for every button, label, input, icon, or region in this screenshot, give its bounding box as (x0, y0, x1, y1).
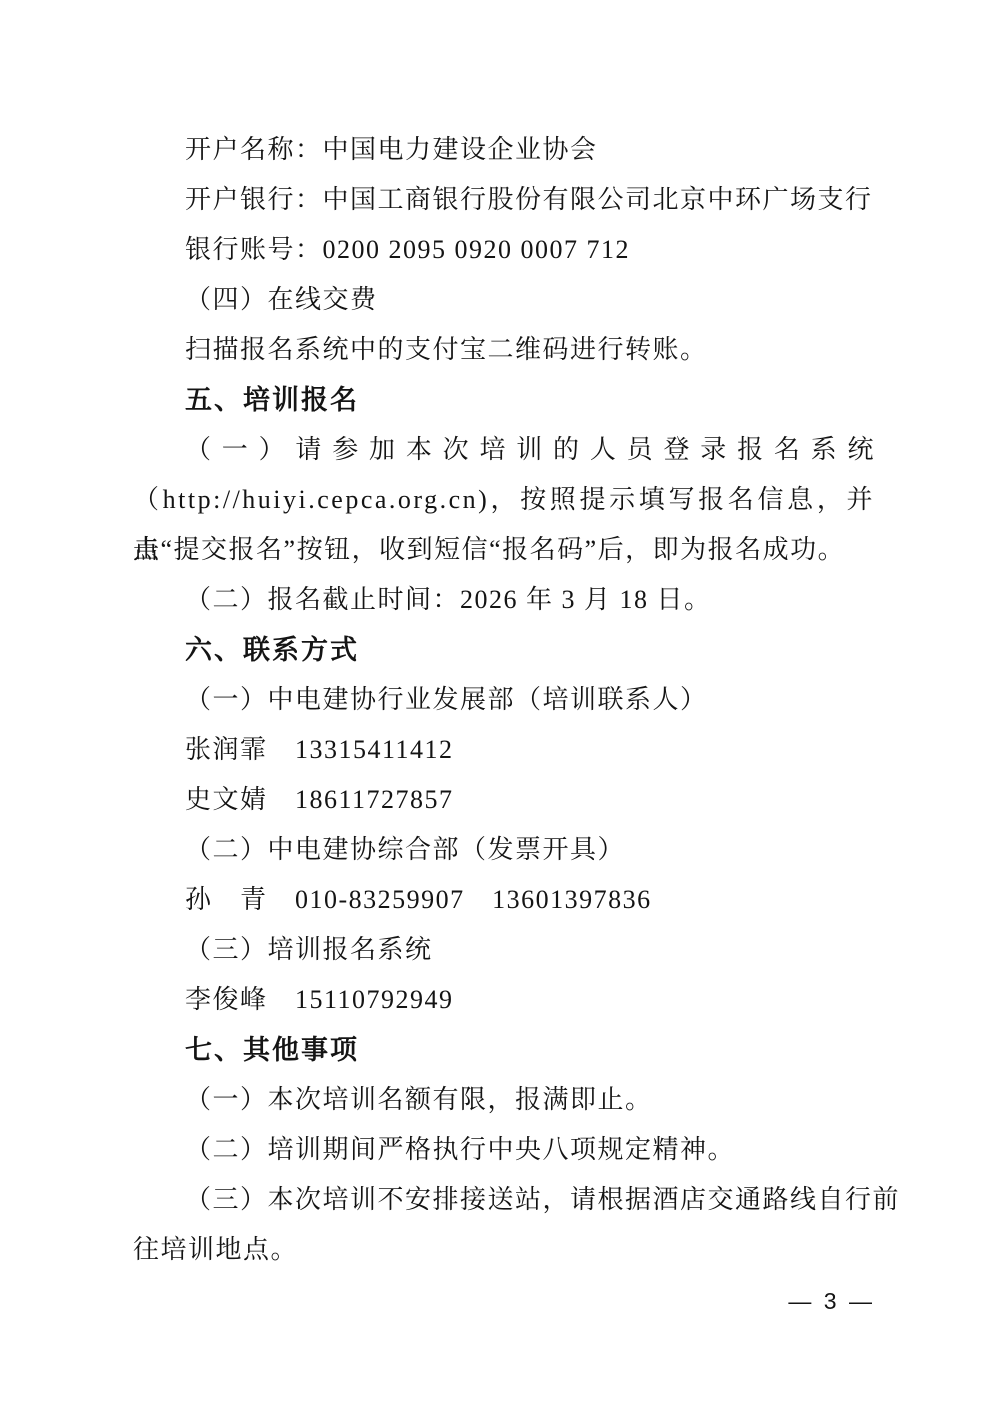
text-line-contact-shi: 史文婧 18611727857 (133, 775, 875, 825)
text-line-account-number: 银行账号：0200 2095 0920 0007 712 (133, 225, 875, 275)
text-line-contacts-dept1: （一）中电建协行业发展部（培训联系人） (133, 675, 875, 725)
text-line-deadline: （二）报名截止时间：2026 年 3 月 18 日。 (133, 575, 875, 625)
text-line-quota-note: （一）本次培训名额有限，报满即止。 (133, 1075, 875, 1125)
text-line-account-name: 开户名称：中国电力建设企业协会 (133, 125, 875, 175)
text-line-alipay-note: 扫描报名系统中的支付宝二维码进行转账。 (133, 325, 875, 375)
section-heading-registration: 五、培训报名 (133, 375, 875, 425)
page-number: — 3 — (788, 1284, 875, 1318)
text-line-registration-url: （http://huiyi.cepca.org.cn)，按照提示填写报名信息，并… (133, 475, 875, 525)
text-line-contacts-system: （三）培训报名系统 (133, 925, 875, 975)
section-heading-other-items: 七、其他事项 (133, 1025, 875, 1075)
text-line-contact-sun: 孙 青 010-83259907 13601397836 (133, 875, 875, 925)
text-line-transport-note-cont: 往培训地点。 (133, 1225, 875, 1275)
text-line-registration-intro: （一）请参加本次培训的人员登录报名系统 (133, 425, 875, 475)
text-line-regulations-note: （二）培训期间严格执行中央八项规定精神。 (133, 1125, 875, 1175)
section-heading-contacts: 六、联系方式 (133, 625, 875, 675)
document-page: 开户名称：中国电力建设企业协会 开户银行：中国工商银行股份有限公司北京中环广场支… (0, 0, 992, 1403)
text-line-registration-submit: 击“提交报名”按钮，收到短信“报名码”后，即为报名成功。 (133, 525, 875, 575)
text-line-item-online-payment: （四）在线交费 (133, 275, 875, 325)
text-line-contact-zhang: 张润霏 13315411412 (133, 725, 875, 775)
text-line-transport-note: （三）本次培训不安排接送站，请根据酒店交通路线自行前 (133, 1175, 875, 1225)
text-line-bank-name: 开户银行：中国工商银行股份有限公司北京中环广场支行 (133, 175, 875, 225)
document-body: 开户名称：中国电力建设企业协会 开户银行：中国工商银行股份有限公司北京中环广场支… (133, 125, 875, 1275)
text-line-contact-li: 李俊峰 15110792949 (133, 975, 875, 1025)
text-line-contacts-dept2: （二）中电建协综合部（发票开具） (133, 825, 875, 875)
